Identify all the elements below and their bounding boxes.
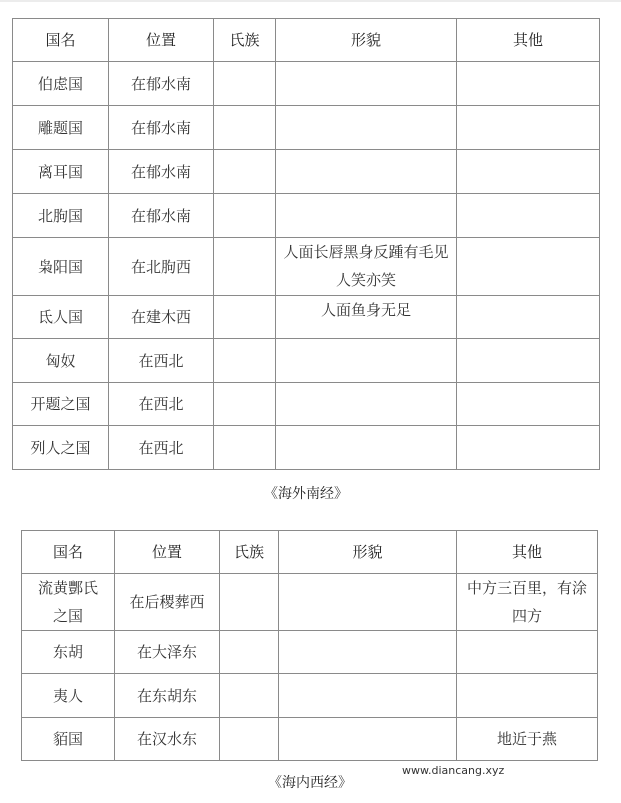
cell-appearance xyxy=(276,426,457,470)
cell-other xyxy=(457,426,600,470)
table-row: 开题之国 在西北 xyxy=(13,383,600,426)
header-other: 其他 xyxy=(457,531,598,574)
cell-clan xyxy=(214,106,276,150)
table-row: 雕题国 在郁水南 xyxy=(13,106,600,150)
cell-location: 在西北 xyxy=(109,383,214,426)
table-haiwai-nan: 国名 位置 氏族 形貌 其他 伯虑国 在郁水南 雕题国 在郁水南 离耳国 在郁水… xyxy=(12,18,600,470)
cell-location: 在大泽东 xyxy=(115,631,220,674)
cell-location: 在北朐西 xyxy=(109,238,214,296)
table-row: 列人之国 在西北 xyxy=(13,426,600,470)
page-top-band xyxy=(0,0,621,2)
table-row: 枭阳国 在北朐西 人面长唇黑身反踵有毛见人笑亦笑 xyxy=(13,238,600,296)
cell-name: 雕题国 xyxy=(13,106,109,150)
table-row: 北朐国 在郁水南 xyxy=(13,194,600,238)
cell-clan xyxy=(214,150,276,194)
cell-other xyxy=(457,194,600,238)
cell-name: 东胡 xyxy=(22,631,115,674)
header-name: 国名 xyxy=(22,531,115,574)
appearance-text: 人面长唇黑身反踵有毛见人笑亦笑 xyxy=(276,238,456,294)
cell-other xyxy=(457,62,600,106)
table1-caption: 《海外南经》 xyxy=(264,483,348,503)
header-clan: 氏族 xyxy=(214,19,276,62)
watermark-text: www.diancang.xyz xyxy=(402,764,504,777)
cell-other: 地近于燕 xyxy=(457,718,598,761)
cell-appearance xyxy=(279,718,457,761)
cell-clan xyxy=(214,383,276,426)
cell-clan xyxy=(214,339,276,383)
header-location: 位置 xyxy=(115,531,220,574)
cell-appearance xyxy=(276,339,457,383)
cell-other: 中方三百里，有涂四方 xyxy=(457,574,598,631)
table-row: 流黄酆氏之国 在后稷葬西 中方三百里，有涂四方 xyxy=(22,574,598,631)
cell-clan xyxy=(214,296,276,339)
cell-location: 在西北 xyxy=(109,426,214,470)
cell-location: 在郁水南 xyxy=(109,194,214,238)
cell-clan xyxy=(214,426,276,470)
cell-appearance xyxy=(276,383,457,426)
table-row: 离耳国 在郁水南 xyxy=(13,150,600,194)
cell-clan xyxy=(214,194,276,238)
cell-location: 在郁水南 xyxy=(109,106,214,150)
header-appearance: 形貌 xyxy=(279,531,457,574)
cell-name: 流黄酆氏之国 xyxy=(22,574,115,631)
cell-location: 在西北 xyxy=(109,339,214,383)
table-row: 匈奴 在西北 xyxy=(13,339,600,383)
cell-other xyxy=(457,631,598,674)
table-header-row: 国名 位置 氏族 形貌 其他 xyxy=(22,531,598,574)
cell-clan xyxy=(214,238,276,296)
table-header-row: 国名 位置 氏族 形貌 其他 xyxy=(13,19,600,62)
cell-other xyxy=(457,150,600,194)
cell-name: 枭阳国 xyxy=(13,238,109,296)
cell-location: 在郁水南 xyxy=(109,150,214,194)
table-row: 伯虑国 在郁水南 xyxy=(13,62,600,106)
appearance-text: 人面鱼身无足 xyxy=(276,296,456,324)
cell-appearance xyxy=(276,194,457,238)
cell-name: 北朐国 xyxy=(13,194,109,238)
cell-clan xyxy=(220,574,279,631)
cell-name: 伯虑国 xyxy=(13,62,109,106)
cell-location: 在汉水东 xyxy=(115,718,220,761)
cell-location: 在郁水南 xyxy=(109,62,214,106)
cell-other xyxy=(457,106,600,150)
other-text: 中方三百里，有涂四方 xyxy=(457,574,597,630)
cell-appearance xyxy=(279,574,457,631)
cell-name: 开题之国 xyxy=(13,383,109,426)
cell-appearance xyxy=(276,106,457,150)
table-row: 夷人 在东胡东 xyxy=(22,674,598,718)
header-location: 位置 xyxy=(109,19,214,62)
table-hainei-xi: 国名 位置 氏族 形貌 其他 流黄酆氏之国 在后稷葬西 中方三百里，有涂四方 东… xyxy=(21,530,598,761)
cell-name: 貊国 xyxy=(22,718,115,761)
table2-caption: 《海内西经》 xyxy=(268,772,352,792)
cell-name: 离耳国 xyxy=(13,150,109,194)
cell-location: 在建木西 xyxy=(109,296,214,339)
name-text: 流黄酆氏之国 xyxy=(22,574,114,630)
cell-name: 匈奴 xyxy=(13,339,109,383)
cell-appearance: 人面鱼身无足 xyxy=(276,296,457,339)
cell-clan xyxy=(214,62,276,106)
cell-appearance xyxy=(276,150,457,194)
cell-other xyxy=(457,674,598,718)
header-appearance: 形貌 xyxy=(276,19,457,62)
cell-appearance xyxy=(276,62,457,106)
cell-clan xyxy=(220,631,279,674)
cell-other xyxy=(457,383,600,426)
cell-name: 氐人国 xyxy=(13,296,109,339)
cell-clan xyxy=(220,674,279,718)
cell-appearance: 人面长唇黑身反踵有毛见人笑亦笑 xyxy=(276,238,457,296)
table-row: 氐人国 在建木西 人面鱼身无足 xyxy=(13,296,600,339)
header-clan: 氏族 xyxy=(220,531,279,574)
cell-clan xyxy=(220,718,279,761)
cell-other xyxy=(457,339,600,383)
cell-other xyxy=(457,238,600,296)
cell-appearance xyxy=(279,674,457,718)
header-name: 国名 xyxy=(13,19,109,62)
table-row: 东胡 在大泽东 xyxy=(22,631,598,674)
cell-name: 夷人 xyxy=(22,674,115,718)
cell-location: 在东胡东 xyxy=(115,674,220,718)
cell-other xyxy=(457,296,600,339)
cell-location: 在后稷葬西 xyxy=(115,574,220,631)
table-row: 貊国 在汉水东 地近于燕 xyxy=(22,718,598,761)
cell-name: 列人之国 xyxy=(13,426,109,470)
cell-appearance xyxy=(279,631,457,674)
header-other: 其他 xyxy=(457,19,600,62)
